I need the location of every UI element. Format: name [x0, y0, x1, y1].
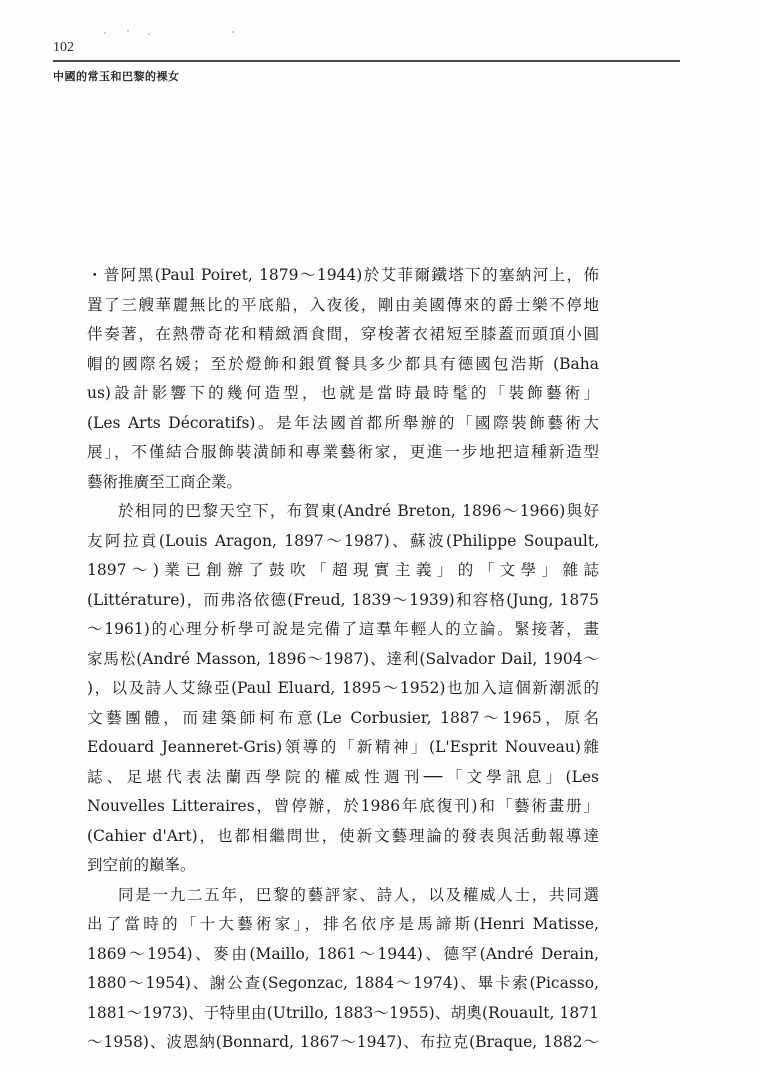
scan-speck: [104, 32, 106, 34]
text-line: )，以及詩人艾綠亞(Paul Eluard, 1895～1952)也加入這個新潮…: [87, 674, 599, 704]
text-line: Edouard Jeanneret-Gris)領導的「新精神」(L'Esprit…: [87, 733, 599, 763]
text-line: 到空前的巔峯。: [87, 851, 599, 881]
text-line: 展」，不僅結合服飾裝潢師和專業藝術家，更進一步地把這種新造型: [87, 438, 599, 468]
text-line: (Cahier d'Art)，也都相繼問世，使新文藝理論的發表與活動報導達: [87, 822, 599, 852]
paragraph: 同是一九二五年，巴黎的藝評家、詩人，以及權威人士，共同選 出了當時的「十大藝術家…: [87, 881, 599, 1058]
paragraph: 於相同的巴黎天空下，布賀東(André Breton, 1896～1966)與好…: [87, 497, 599, 881]
running-title: 中國的常玉和巴黎的裸女: [53, 68, 180, 84]
text-line: 出了當時的「十大藝術家」，排名依序是馬諦斯(Henri Matisse,: [87, 910, 599, 940]
text-line: 置了三艘華麗無比的平底船，入夜後，剛由美國傳來的爵士樂不停地: [87, 291, 599, 321]
text-line: 1897～)業已創辦了鼓吹「超現實主義」的「文學」雜誌: [87, 556, 599, 586]
text-line: 1880～1954)、謝公查(Segonzac, 1884～1974)、畢卡索(…: [87, 969, 599, 999]
text-line: (Les Arts Décoratifs)。是年法國首都所舉辦的「國際裝飾藝術大: [87, 409, 599, 439]
header-rule: [53, 60, 680, 62]
text-line: ・普阿黑(Paul Poiret, 1879～1944)於艾菲爾鐵塔下的塞納河上…: [87, 261, 599, 291]
text-line: 1881～1973)、于特里由(Utrillo, 1883～1955)、胡奧(R…: [87, 999, 599, 1029]
scan-speck: [232, 31, 234, 33]
text-line: 家馬松(André Masson, 1896～1987)、達利(Salvador…: [87, 645, 599, 675]
text-line: 1869～1954)、麥由(Maillo, 1861～1944)、德罕(Andr…: [87, 940, 599, 970]
text-line: 同是一九二五年，巴黎的藝評家、詩人，以及權威人士，共同選: [87, 881, 599, 911]
text-line: (Littérature)，而弗洛依德(Freud, 1839～1939)和容格…: [87, 586, 599, 616]
text-line: 文藝團體，而建築師柯布意(Le Corbusier, 1887～1965，原名: [87, 704, 599, 734]
paragraph: ・普阿黑(Paul Poiret, 1879～1944)於艾菲爾鐵塔下的塞納河上…: [87, 261, 599, 497]
text-line: 於相同的巴黎天空下，布賀東(André Breton, 1896～1966)與好: [87, 497, 599, 527]
text-line: Nouvelles Litteraires，曾停辦，於1986年底復刊)和「藝術…: [87, 792, 599, 822]
scan-speck: [127, 30, 129, 32]
body-text: ・普阿黑(Paul Poiret, 1879～1944)於艾菲爾鐵塔下的塞納河上…: [87, 261, 599, 1058]
page-number: 102: [53, 40, 74, 56]
text-line: 伴奏著，在熱帶奇花和精緻酒食間，穿梭著衣裙短至膝蓋而頭頂小圓: [87, 320, 599, 350]
text-line: 帽的國際名媛；至於燈飾和銀質餐具多少都具有德國包浩斯 (Baha: [87, 350, 599, 380]
text-line: 藝術推廣至工商企業。: [87, 468, 599, 498]
text-line: 誌、足堪代表法蘭西學院的權威性週刊──「文學訊息」(Les: [87, 763, 599, 793]
text-line: ～1958)、波恩納(Bonnard, 1867～1947)、布拉克(Braqu…: [87, 1028, 599, 1058]
text-line: ～1961)的心理分析學可說是完備了這羣年輕人的立論。緊接著，畫: [87, 615, 599, 645]
text-line: us)設計影響下的幾何造型，也就是當時最時髦的「裝飾藝術」: [87, 379, 599, 409]
text-line: 友阿拉貢(Louis Aragon, 1897～1987)、蘇波(Philipp…: [87, 527, 599, 557]
scan-speck: [148, 33, 150, 35]
